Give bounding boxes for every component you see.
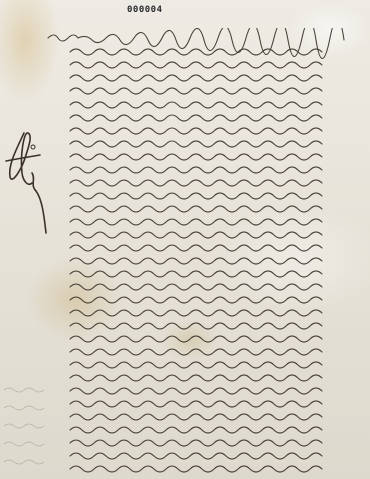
bleed-through-text	[0, 380, 55, 479]
manuscript-page: 000004	[0, 0, 370, 479]
handwritten-text-body	[40, 28, 370, 479]
folio-number-stamp: 000004	[127, 5, 163, 15]
